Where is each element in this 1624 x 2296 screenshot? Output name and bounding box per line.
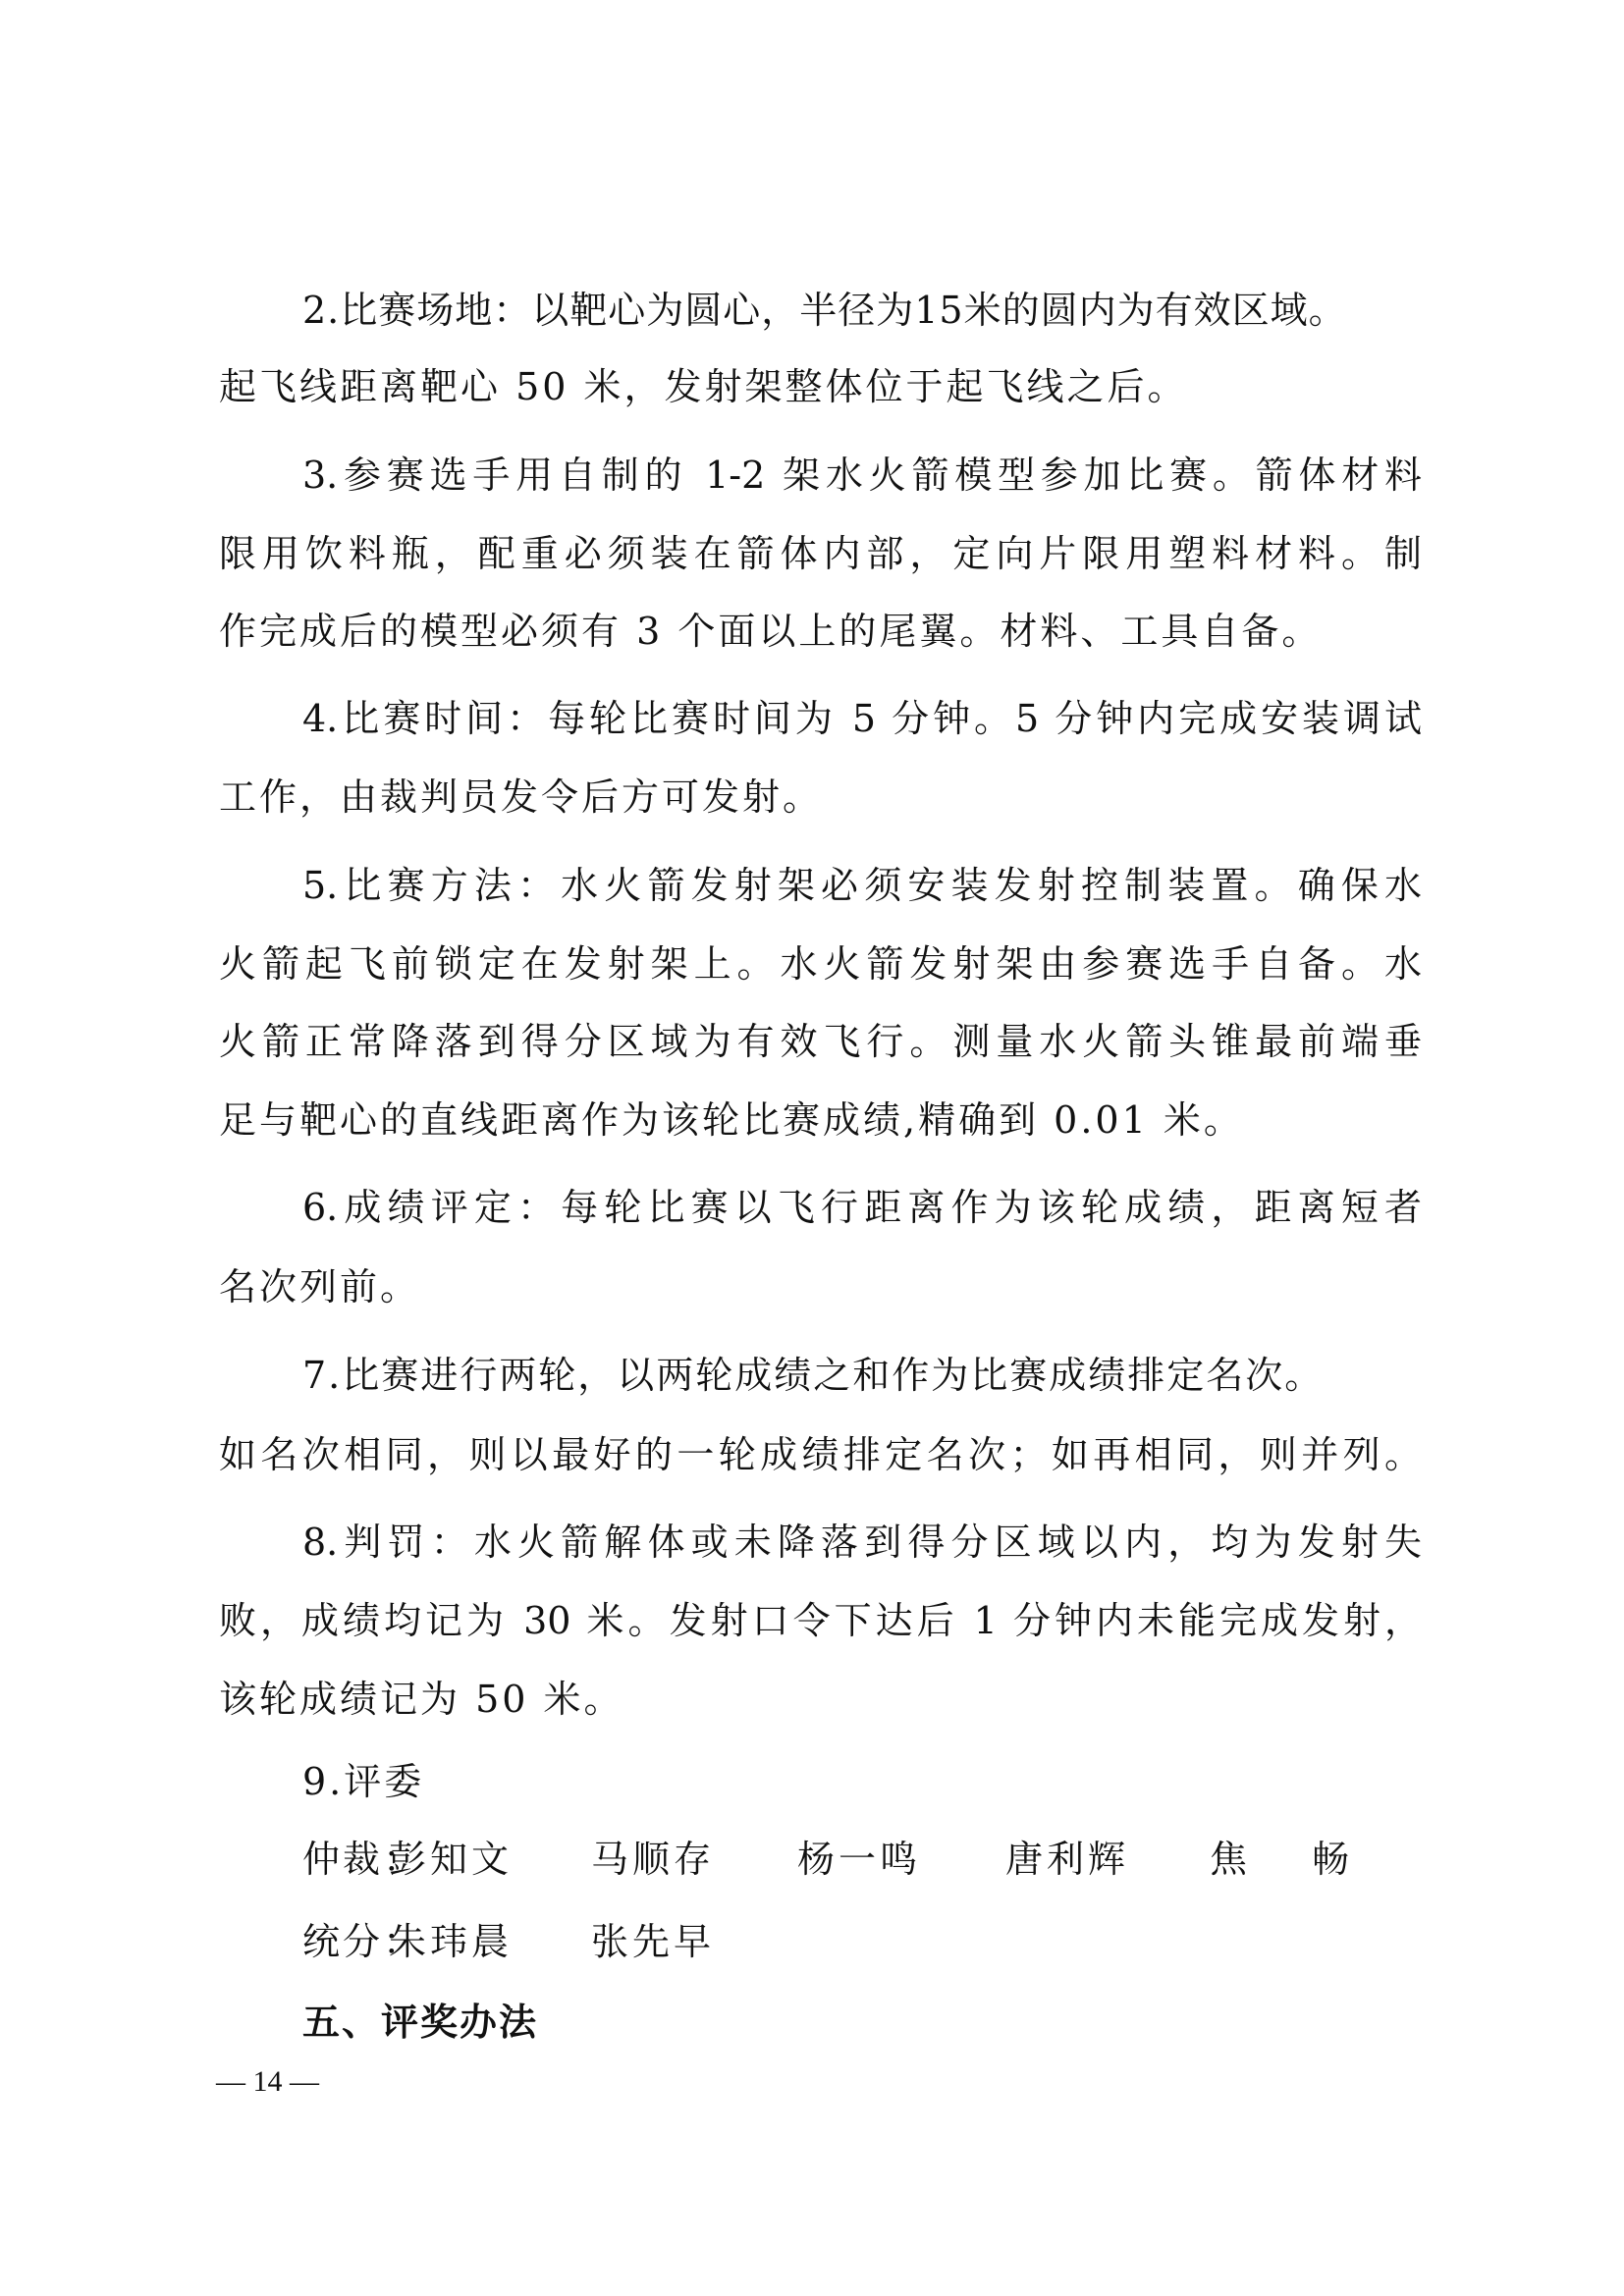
paragraph-6-line-1: 6.成绩评定：每轮比赛以飞行距离作为该轮成绩，距离短者 (302, 1186, 1422, 1229)
paragraph-6-line-2: 名次列前。 (219, 1265, 1422, 1308)
judge-name: 焦 畅 (1210, 1838, 1363, 1881)
paragraph-8-line-1: 8.判罚：水火箭解体或未降落到得分区域以内，均为发射失 (302, 1521, 1422, 1564)
paragraph-5-line-1: 5.比赛方法：水火箭发射架必须安装发射控制装置。确保水 (302, 864, 1422, 907)
paragraph-8-line-2: 败，成绩均记为 30 米。发射口令下达后 1 分钟内未能完成发射， (219, 1599, 1422, 1642)
paragraph-7-line-1: 7.比赛进行两轮，以两轮成绩之和作为比赛成绩排定名次。 (302, 1354, 1422, 1397)
judge-name: 彭知文 (389, 1838, 591, 1881)
paragraph-2-line-1: 2.比赛场地：以靶心为圆心，半径为15米的圆内为有效区域。 (302, 289, 1422, 332)
judge-name: 张先早 (591, 1920, 715, 1963)
paragraph-8-line-3: 该轮成绩记为 50 米。 (219, 1678, 1422, 1721)
paragraph-4-line-1: 4.比赛时间：每轮比赛时间为 5 分钟。5 分钟内完成安装调试 (302, 697, 1422, 740)
paragraph-3-line-3: 作完成后的模型必须有 3 个面以上的尾翼。材料、工具自备。 (219, 610, 1422, 653)
arbitration-judges-line: 仲裁：彭知文马顺存杨一鸣唐利辉焦 畅 (302, 1838, 1422, 1881)
judge-name: 朱玮晨 (389, 1920, 591, 1963)
paragraph-5-line-2: 火箭起飞前锁定在发射架上。水火箭发射架由参赛选手自备。水 (219, 942, 1422, 986)
paragraph-3-line-2: 限用饮料瓶，配重必须装在箭体内部，定向片限用塑料材料。制 (219, 532, 1422, 575)
paragraph-3-line-1: 3.参赛选手用自制的 1-2 架水火箭模型参加比赛。箭体材料 (302, 454, 1422, 497)
paragraph-4-line-2: 工作，由裁判员发令后方可发射。 (219, 775, 1422, 819)
paragraph-9-judges-title: 9.评委 (302, 1760, 1422, 1803)
document-page: 2.比赛场地：以靶心为圆心，半径为15米的圆内为有效区域。 起飞线距离靶心 50… (0, 0, 1624, 2296)
paragraph-5-line-4: 足与靶心的直线距离作为该轮比赛成绩,精确到 0.01 米。 (219, 1098, 1422, 1142)
scoring-judges-line: 统分：朱玮晨张先早 (302, 1920, 1422, 1963)
arbitration-label: 仲裁： (302, 1838, 389, 1881)
page-number: — 14 — (216, 2065, 319, 2099)
paragraph-5-line-3: 火箭正常降落到得分区域为有效飞行。测量水火箭头锥最前端垂 (219, 1020, 1422, 1063)
judge-name: 唐利辉 (1005, 1838, 1210, 1881)
paragraph-2-line-2: 起飞线距离靶心 50 米，发射架整体位于起飞线之后。 (219, 365, 1422, 408)
section-heading: 五、评奖办法 (302, 2001, 1422, 2044)
scoring-label: 统分： (302, 1920, 389, 1963)
judge-name: 杨一鸣 (797, 1838, 1005, 1881)
judge-name: 马顺存 (591, 1838, 797, 1881)
paragraph-7-line-2: 如名次相同，则以最好的一轮成绩排定名次；如再相同，则并列。 (219, 1433, 1422, 1476)
